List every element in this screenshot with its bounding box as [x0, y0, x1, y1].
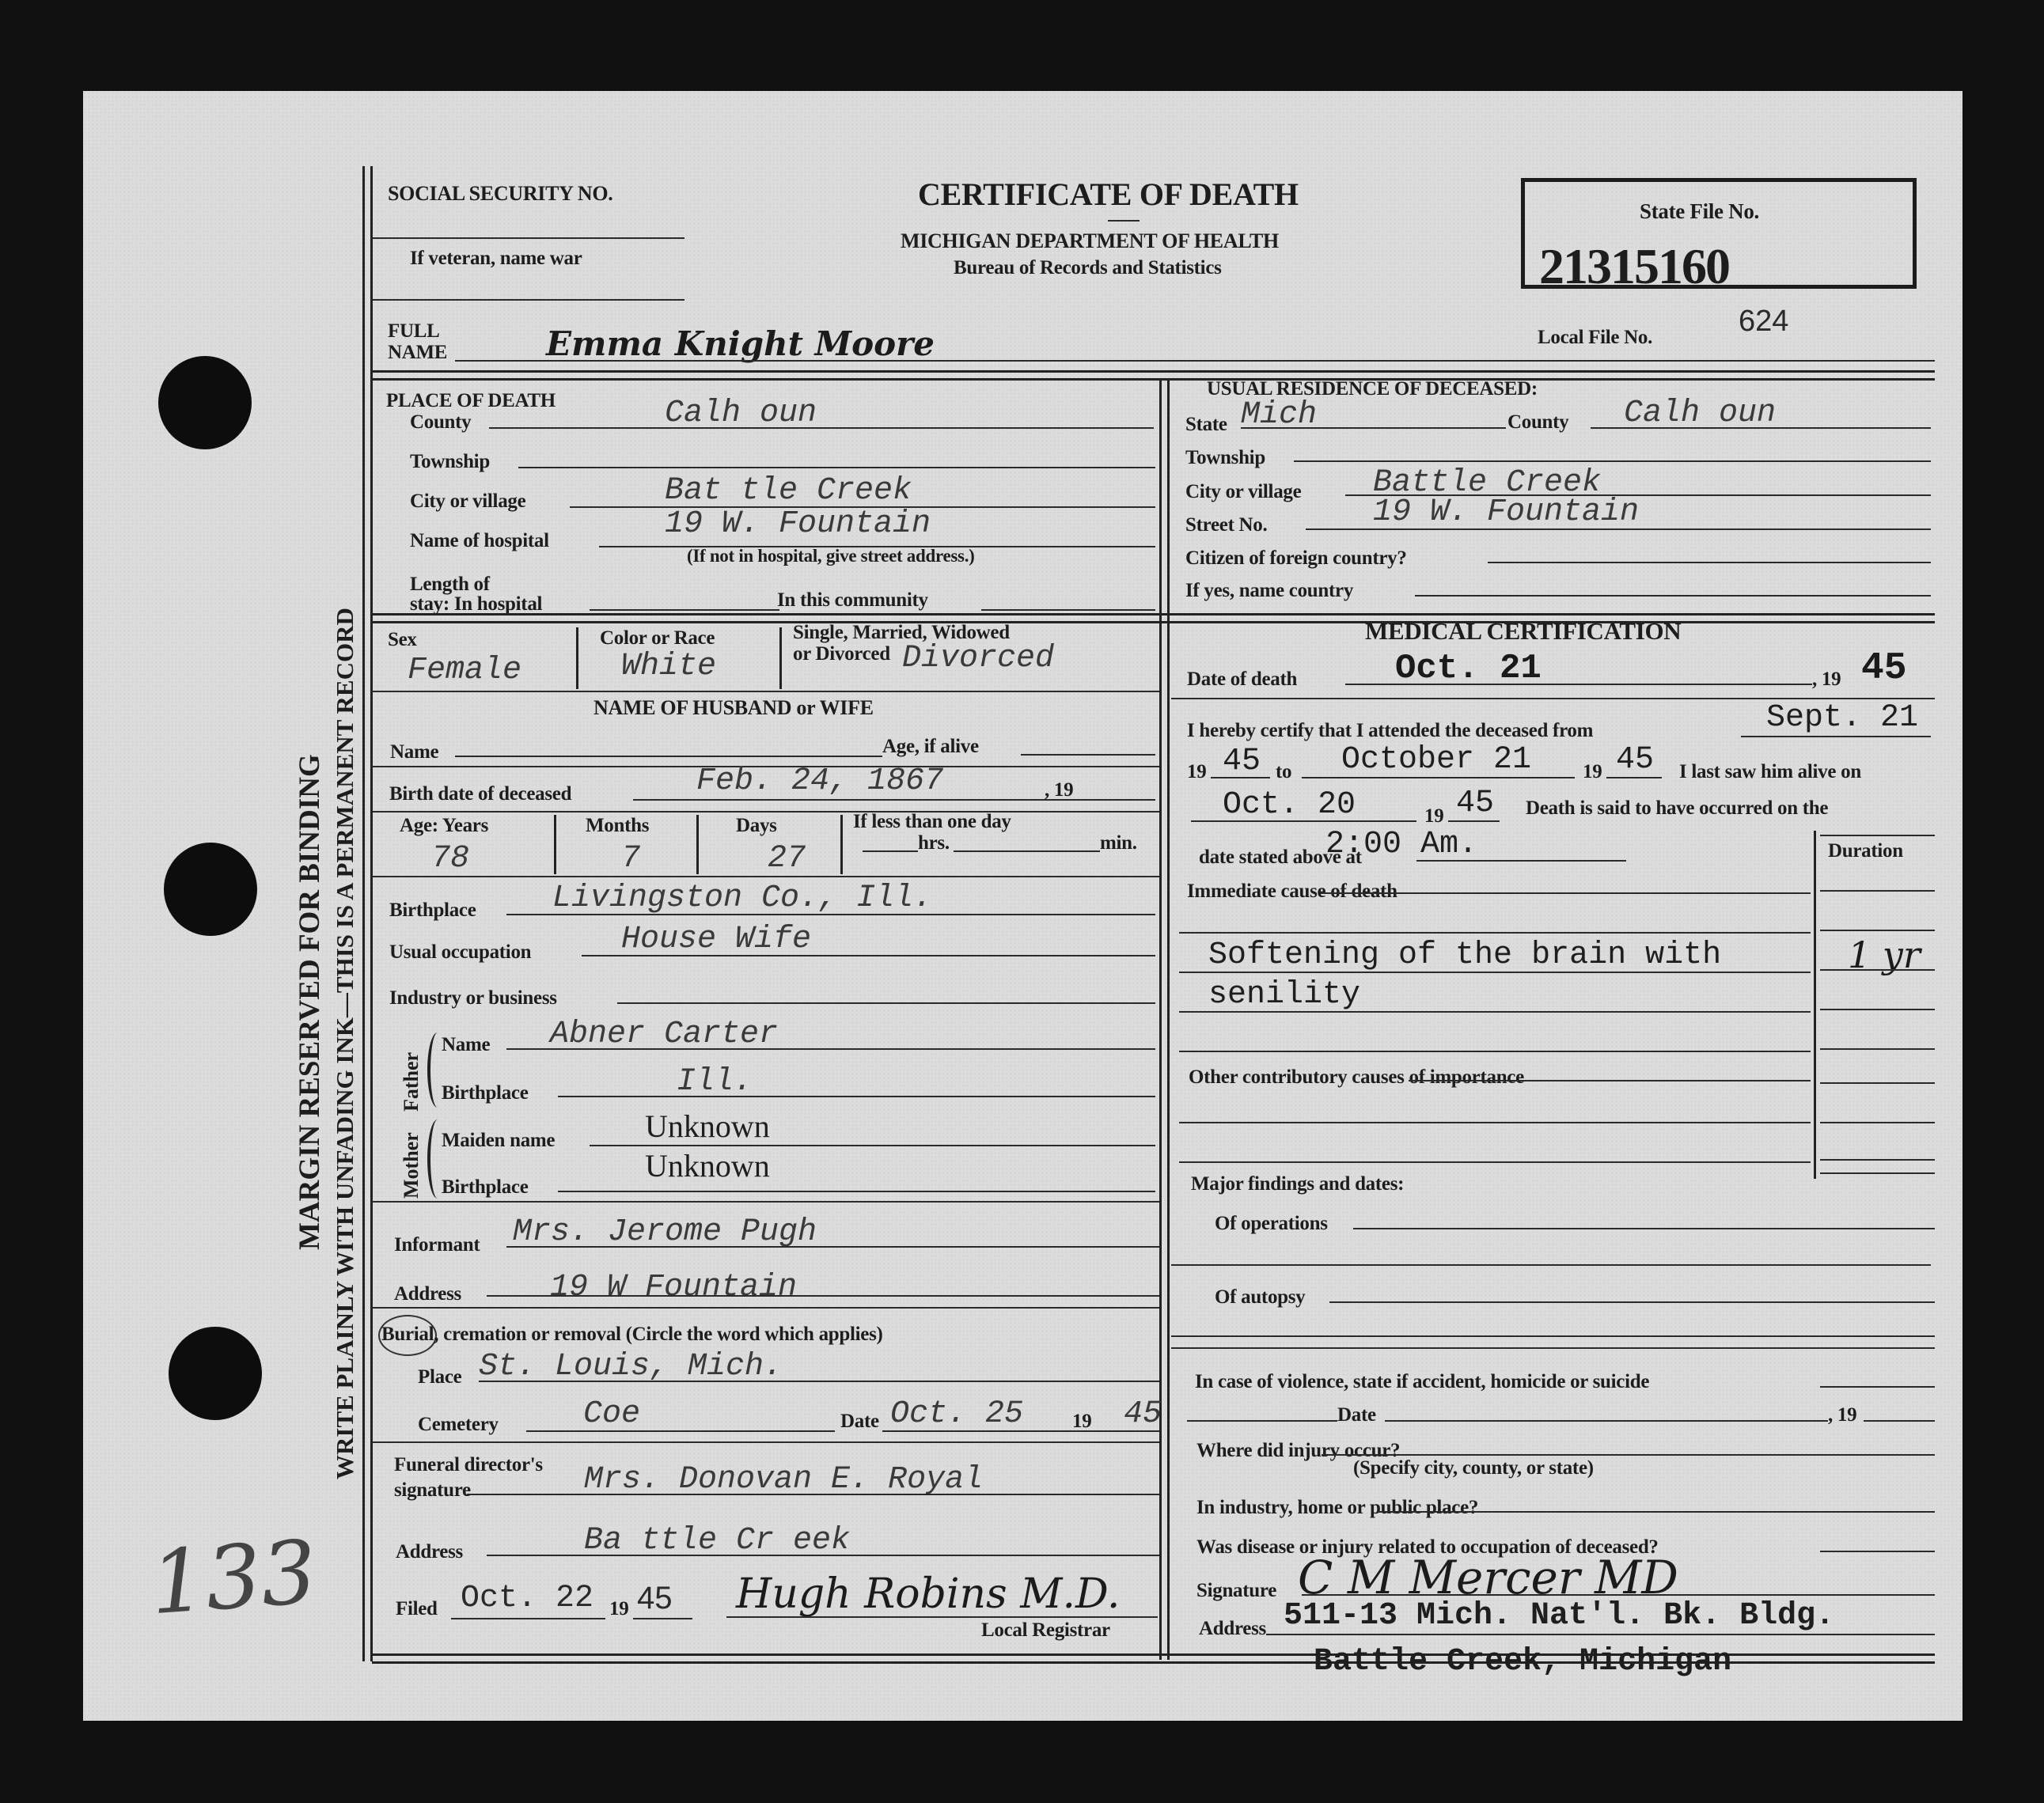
burial-place-value: St. Louis, Mich. [479, 1349, 783, 1384]
res-street-label: Street No. [1185, 514, 1267, 536]
birthplace-value: Livingston Co., Ill. [552, 881, 932, 916]
mother-maiden-line [590, 1145, 1155, 1146]
cause-line-1-value: Softening of the brain with [1208, 937, 1721, 973]
race-value: White [621, 649, 716, 684]
informant-address-label: Address [394, 1283, 461, 1305]
physician-signature-line [1302, 1594, 1935, 1596]
age-rule [372, 876, 1159, 877]
marital-value: Divorced [902, 641, 1054, 676]
attended-from-year-line [1211, 777, 1270, 778]
state-file-label: State File No. [1640, 199, 1759, 224]
registrar-line [726, 1616, 1158, 1618]
age-years-value: 78 [431, 841, 469, 877]
cause-line-2-value: senility [1208, 977, 1360, 1013]
pod-city-label: City or village [410, 491, 525, 513]
duration-divider [1814, 831, 1816, 1179]
autopsy-label: Of autopsy [1215, 1286, 1305, 1309]
birth-date-value: Feb. 24, 1867 [696, 763, 943, 799]
social-security-label: SOCIAL SECURITY NO. [388, 182, 612, 206]
death-year-value: 45 [1861, 647, 1907, 690]
physician-address-line-1: 511-13 Mich. Nat'l. Bk. Bldg. [1284, 1598, 1834, 1634]
duration-line-0 [1820, 890, 1935, 892]
filed-date-line [451, 1618, 605, 1619]
certificate-page [83, 91, 1962, 1721]
medical-heading: MEDICAL CERTIFICATION [1365, 617, 1681, 646]
spouse-name-label: Name [390, 741, 438, 763]
duration-line-5 [1820, 1082, 1935, 1084]
informant-line [506, 1246, 1159, 1248]
attended-to-line [1302, 777, 1575, 778]
res-street-line [1306, 528, 1931, 530]
occurred-label: Death is said to have occurred on the [1526, 797, 1828, 820]
to-label: to [1276, 761, 1291, 783]
marital-rule [372, 691, 1159, 692]
birth-date-line [633, 799, 1155, 801]
full-name-label-1: FULL [388, 320, 439, 343]
full-name-line [455, 360, 1935, 362]
pod-community-line [981, 609, 1155, 611]
father-birthplace-value: Ill. [677, 1064, 753, 1100]
findings-label: Major findings and dates: [1191, 1173, 1404, 1195]
filed-year: 45 [637, 1581, 673, 1616]
occupation-line [582, 955, 1155, 956]
industry-label: Industry or business [389, 987, 557, 1009]
death-time-value: 2:00 Am. [1325, 827, 1477, 862]
death-date-rule [1171, 698, 1935, 699]
registrar-signature: Hugh Robins M.D. [736, 1570, 1120, 1618]
violence-date-line-1 [1187, 1420, 1337, 1422]
cause-line-2 [1179, 972, 1811, 973]
operations-label: Of operations [1215, 1213, 1328, 1235]
pod-township-line [518, 467, 1155, 468]
father-birthplace-line [558, 1096, 1155, 1097]
marital-label-2: or Divorced [793, 643, 890, 665]
rule-2b [372, 621, 1935, 623]
pod-stay-label-2: stay: In hospital [410, 593, 542, 616]
ss-line [372, 237, 684, 239]
director-address-line [487, 1555, 1159, 1556]
violence-line [1820, 1386, 1935, 1388]
local-file-label: Local File No. [1538, 327, 1652, 349]
mother-birthplace-line [558, 1191, 1155, 1192]
filed-date: Oct. 22 [461, 1581, 593, 1616]
attended-label: I hereby certify that I attended the dec… [1187, 720, 1593, 742]
bureau-name: Bureau of Records and Statistics [954, 257, 1222, 279]
last-seen-year: 45 [1456, 786, 1494, 821]
spouse-age-line [1021, 754, 1155, 756]
pod-county-line [489, 427, 1154, 429]
violence-date-label: Date [1337, 1404, 1376, 1426]
violence-label: In case of violence, state if accident, … [1195, 1371, 1649, 1393]
rule-2 [372, 613, 1935, 616]
pod-stay-label-1: Length of [410, 574, 490, 596]
attended-to-year-line [1606, 777, 1662, 778]
res-country-line [1415, 595, 1931, 597]
res-citizen-label: Citizen of foreign country? [1185, 547, 1407, 570]
local-file-number: 624 [1739, 305, 1788, 339]
res-county-line [1591, 427, 1931, 429]
violence-year-label: , 19 [1828, 1404, 1856, 1426]
duration-line-6 [1820, 1122, 1935, 1123]
parents-rule [372, 1201, 1159, 1203]
age-div-1 [554, 815, 556, 874]
mother-label: Mother [400, 1132, 423, 1199]
min-label: min. [1100, 832, 1137, 854]
physician-address-line-2: Battle Creek, Michigan [1314, 1644, 1731, 1680]
attended-to-value: October 21 [1341, 742, 1531, 778]
last-seen-line [1191, 820, 1416, 822]
spouse-heading: NAME OF HUSBAND or WIFE [593, 696, 874, 720]
full-name-label-2: NAME [388, 342, 447, 364]
death-time-line [1416, 860, 1626, 862]
informant-rule [372, 1307, 1159, 1309]
immediate-cause-label: Immediate cause of death [1187, 881, 1397, 903]
informant-label: Informant [394, 1234, 480, 1256]
cause-line-1 [1179, 932, 1811, 934]
mother-birthplace-label: Birthplace [442, 1176, 529, 1199]
last-seen-label: I last saw him alive on [1679, 761, 1861, 783]
binding-hole-top [158, 356, 252, 449]
binding-hole-bottom [169, 1327, 262, 1420]
burial-label: Burial, cremation or removal (Circle the… [381, 1324, 883, 1346]
burial-rule [372, 1441, 1159, 1443]
department-name: MICHIGAN DEPARTMENT OF HEALTH [901, 229, 1279, 253]
binding-hole-middle [164, 843, 257, 936]
birthplace-label: Birthplace [389, 900, 476, 922]
last-seen-year-prefix: 19 [1424, 805, 1443, 828]
pod-community-label: In this community [777, 589, 928, 612]
occupation-value: House Wife [621, 922, 811, 957]
father-name-value: Abner Carter [550, 1017, 778, 1052]
cause-line-0 [1320, 892, 1811, 894]
physician-signature: C M Mercer MD [1298, 1551, 1678, 1604]
page-number: 133 [147, 1521, 320, 1634]
hrs-line [863, 850, 918, 852]
autopsy-rule-1 [1171, 1335, 1935, 1337]
attended-from-value: Sept. 21 [1766, 700, 1918, 736]
sex-label: Sex [388, 629, 417, 651]
pod-township-label: Township [410, 451, 490, 473]
res-township-label: Township [1185, 447, 1265, 469]
age-months-label: Months [586, 815, 649, 837]
age-div-2 [696, 815, 699, 874]
industry-line [617, 1002, 1155, 1004]
hrs-label: hrs. [918, 832, 950, 854]
physician-address-line [1266, 1634, 1935, 1635]
margin-binding-text: MARGIN RESERVED FOR BINDING [293, 754, 327, 1250]
director-label-1: Funeral director's [394, 1454, 543, 1476]
sex-value: Female [408, 653, 521, 688]
filed-label: Filed [396, 1598, 438, 1620]
duration-line-1 [1820, 930, 1935, 931]
injury-where-line [1322, 1454, 1935, 1456]
physician-signature-label: Signature [1196, 1580, 1276, 1602]
occupation-related-line [1820, 1551, 1935, 1552]
cause-line-4 [1179, 1051, 1811, 1052]
death-date-line [1345, 684, 1812, 685]
center-divider-inner [1167, 378, 1170, 1660]
registrar-label: Local Registrar [981, 1619, 1110, 1642]
birthplace-line [506, 914, 1155, 915]
burial-date-value: Oct. 25 [890, 1396, 1023, 1432]
attended-from-line [1741, 736, 1931, 737]
race-label: Color or Race [600, 627, 715, 650]
age-days-label: Days [736, 815, 777, 837]
less-day-label: If less than one day [853, 811, 1011, 833]
father-name-line [506, 1048, 1155, 1050]
age-months-value: 7 [621, 841, 640, 877]
burial-place-label: Place [418, 1366, 461, 1388]
death-date-label: Date of death [1187, 669, 1297, 691]
physician-address-label: Address [1199, 1618, 1266, 1640]
burial-place-line [479, 1381, 1159, 1382]
res-state-line [1241, 427, 1506, 429]
duration-top-line [1820, 835, 1935, 836]
page-title: CERTIFICATE OF DEATH [918, 176, 1299, 213]
attended-from-year: 45 [1223, 744, 1261, 779]
duration-line-8 [1820, 1172, 1935, 1174]
duration-line-2 [1820, 969, 1935, 971]
spouse-name-line [455, 756, 882, 757]
burial-year-prefix: 19 [1072, 1411, 1091, 1433]
duration-line-7 [1820, 1159, 1935, 1161]
pod-county-value: Calh oun [665, 396, 817, 431]
sex-divider [576, 627, 578, 689]
age-years-label: Age: Years [400, 815, 488, 837]
age-div-3 [840, 815, 843, 874]
operations-line [1353, 1228, 1935, 1229]
pod-hospital-note: (If not in hospital, give street address… [687, 546, 975, 566]
last-seen-year-line [1448, 820, 1500, 822]
autopsy-rule-2 [1171, 1347, 1935, 1349]
father-name-label: Name [442, 1034, 490, 1056]
burial-year-value: 45 [1124, 1396, 1162, 1432]
left-border-inner [370, 166, 373, 1661]
birth-date-suffix: , 19 [1045, 779, 1073, 801]
father-birthplace-label: Birthplace [442, 1082, 529, 1104]
director-address-value: Ba ttle Cr eek [584, 1523, 850, 1559]
title-rule [1108, 220, 1140, 222]
cemetery-label: Cemetery [418, 1414, 499, 1436]
pod-county-label: County [410, 411, 471, 434]
res-city-label: City or village [1185, 481, 1301, 503]
rule-1 [372, 370, 1935, 373]
age-days-value: 27 [768, 841, 806, 877]
res-citizen-line [1488, 562, 1931, 563]
director-address-label: Address [396, 1541, 463, 1563]
duration-line-3 [1820, 1009, 1935, 1010]
pod-hospital-value: 19 W. Fountain [665, 506, 931, 542]
pod-hospital-label: Name of hospital [410, 530, 549, 552]
operations-line-2 [1171, 1264, 1931, 1266]
occupation-label: Usual occupation [389, 941, 531, 964]
veteran-label: If veteran, name war [410, 248, 582, 270]
informant-address-line [487, 1295, 1159, 1297]
filed-year-prefix: 19 [609, 1598, 628, 1620]
director-line [467, 1494, 1159, 1495]
birth-date-label: Birth date of deceased [389, 783, 571, 805]
mother-birthplace-value: Unknown [645, 1147, 770, 1184]
other-causes-line-1 [1179, 1122, 1811, 1123]
attended-from-year-prefix: 19 [1187, 761, 1206, 783]
duration-label: Duration [1828, 840, 1903, 862]
full-name-value: Emma Knight Moore [546, 324, 935, 363]
other-causes-label: Other contributory causes of importance [1189, 1066, 1524, 1089]
res-county-label: County [1507, 411, 1568, 434]
violence-year-line [1864, 1420, 1935, 1422]
cemetery-value: Coe [583, 1396, 640, 1432]
death-date-value: Oct. 21 [1395, 649, 1542, 688]
res-country-label: If yes, name country [1185, 580, 1353, 602]
cemetery-line [526, 1430, 835, 1432]
res-township-line [1294, 460, 1931, 462]
res-state-label: State [1185, 414, 1227, 436]
min-line [954, 850, 1100, 852]
center-divider [1159, 378, 1162, 1660]
cause-line-3 [1179, 1011, 1811, 1013]
mother-maiden-value: Unknown [645, 1108, 770, 1145]
burial-date-label: Date [840, 1411, 879, 1433]
violence-date-line-2 [1385, 1420, 1828, 1422]
injury-specify-note: (Specify city, county, or state) [1353, 1457, 1594, 1479]
director-label-2: signature [394, 1479, 471, 1502]
margin-ink-text: WRITE PLAINLY WITH UNFADING INK—THIS IS … [331, 608, 359, 1479]
informant-value: Mrs. Jerome Pugh [513, 1214, 817, 1250]
director-value: Mrs. Donovan E. Royal [584, 1462, 983, 1498]
last-seen-value: Oct. 20 [1223, 787, 1356, 823]
filed-year-line [633, 1618, 692, 1619]
attended-to-year-prefix: 19 [1583, 761, 1602, 783]
place-of-death-heading: PLACE OF DEATH [386, 390, 556, 412]
race-divider [779, 627, 782, 689]
state-file-number: 21315160 [1539, 237, 1729, 296]
left-border [362, 166, 365, 1661]
burial-date-line [882, 1430, 1159, 1432]
rule-1b [372, 378, 1935, 381]
pod-stay-line [590, 609, 779, 611]
veteran-line [372, 299, 684, 301]
mother-maiden-label: Maiden name [442, 1130, 555, 1152]
res-street-value: 19 W. Fountain [1373, 494, 1639, 530]
father-label: Father [400, 1052, 423, 1112]
duration-line-4 [1820, 1048, 1935, 1050]
injury-place-line [1377, 1511, 1935, 1513]
pod-city-value: Bat tle Creek [665, 473, 912, 509]
attended-to-year: 45 [1616, 742, 1654, 778]
other-causes-line-2 [1179, 1161, 1811, 1163]
death-year-prefix: , 19 [1812, 669, 1841, 691]
birth-rule [372, 811, 1159, 812]
other-causes-line-0 [1409, 1080, 1811, 1081]
autopsy-line [1329, 1301, 1935, 1303]
spouse-age-label: Age, if alive [882, 736, 979, 758]
res-county-value: Calh oun [1624, 396, 1776, 431]
informant-address-value: 19 W Fountain [550, 1270, 797, 1305]
injury-place-label: In industry, home or public place? [1196, 1497, 1478, 1519]
